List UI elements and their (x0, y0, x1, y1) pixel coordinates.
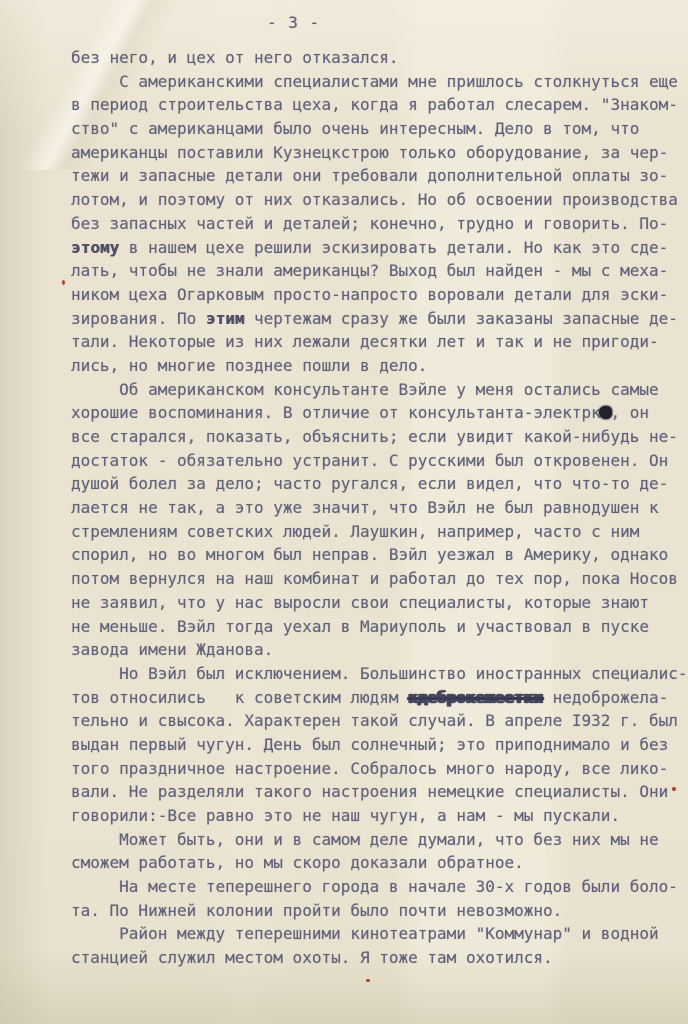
text-line: тельно и свысока. Характерен такой случа… (71, 709, 687, 733)
text-line: тов относились к советским людям кдеброк… (71, 686, 687, 710)
paragraph: Но Вэйл был исключением. Большинство ино… (71, 662, 687, 828)
text-line: без него, и цех от него отказался. (71, 46, 687, 70)
text-line: достаток - обязательно устранит. С русск… (71, 449, 687, 473)
text-line: потом вернулся на наш комбинат и работал… (71, 567, 687, 591)
text-line: лать, чтобы не знали американцы? Выход б… (71, 259, 687, 283)
text-line: Об американском консультанте Вэйле у мен… (71, 378, 687, 402)
text-line: На месте теперешнего города в начале 30-… (71, 875, 687, 899)
paragraph: без него, и цех от него отказался. (71, 46, 687, 70)
text-line: Может быть, они и в самом деле думали, ч… (71, 828, 687, 852)
text-line: лается не так, а это уже значит, что Вэй… (71, 496, 687, 520)
paper-speck (366, 979, 370, 982)
text-line: этому в нашем цехе решили эскизировать д… (71, 236, 687, 260)
paragraph: С американскими специалистами мне пришло… (71, 70, 687, 378)
text-line: американцы поставили Кузнецкстрою только… (71, 141, 687, 165)
text-line: завода имени Жданова. (71, 638, 687, 662)
overstruck-word: кдеброкежеетки (408, 688, 543, 707)
text-line: Но Вэйл был исключением. Большинство ино… (71, 662, 687, 686)
document-body: без него, и цех от него отказался. С аме… (71, 46, 687, 970)
text-line: душой болел за дело; часто ругался, если… (71, 472, 687, 496)
paragraph: Об американском консультанте Вэйле у мен… (71, 378, 687, 662)
text-line: все старался, показать, объяснить; если … (71, 425, 687, 449)
text-line: ником цеха Огарковым просто-напросто вор… (71, 283, 687, 307)
overtyped-text: этому (71, 238, 119, 257)
text-line: без запасных частей и деталей; конечно, … (71, 212, 687, 236)
scanned-page: - 3 - без него, и цех от него отказался.… (0, 0, 688, 1024)
text-line: хорошие воспоминания. В отличие от консу… (71, 401, 687, 425)
text-line: тежи и запасные детали они требовали доп… (71, 164, 687, 188)
text-line: лись, но многие позднее пошли в дело. (71, 354, 687, 378)
paragraph: На месте теперешнего города в начале 30-… (71, 875, 687, 922)
page-number: - 3 - (267, 13, 320, 32)
paper-speck (62, 280, 65, 285)
text-line: та. По Нижней колонии пройти было почти … (71, 899, 687, 923)
text-line: сможем работать, но мы скоро доказали об… (71, 851, 687, 875)
text-line: ство" с американцами было очень интересн… (71, 117, 687, 141)
ink-blot: а (601, 403, 611, 422)
paragraph: Может быть, они и в самом деле думали, ч… (71, 828, 687, 875)
text-line: вали. Не разделяли такого настроения нем… (71, 780, 687, 804)
text-line: выдан первый чугун. День был солнечный; … (71, 733, 687, 757)
text-line: стремлениям советских людей. Лаушкин, на… (71, 520, 687, 544)
paragraph: Район между теперешними кинотеатрами "Ко… (71, 922, 687, 969)
text-line: Район между теперешними кинотеатрами "Ко… (71, 922, 687, 946)
text-line: тали. Некоторые из них лежали десятки ле… (71, 330, 687, 354)
text-line: зирования. По этим чертежам сразу же был… (71, 307, 687, 331)
text-line: лотом, и поэтому от них отказались. Но о… (71, 188, 687, 212)
overtyped-text: этим (206, 309, 245, 328)
text-line: того праздничное настроение. Собралось м… (71, 757, 687, 781)
text-line: не меньше. Вэйл тогда уехал в Мариуполь … (71, 615, 687, 639)
text-line: спорил, но во многом был неправ. Вэйл уе… (71, 543, 687, 567)
text-line: С американскими специалистами мне пришло… (71, 70, 687, 94)
text-line: станцией служил местом охоты. Я тоже там… (71, 946, 687, 970)
text-line: не заявил, что у нас выросли свои специа… (71, 591, 687, 615)
text-line: в период строительства цеха, когда я раб… (71, 93, 687, 117)
text-line: говорили:-Все равно это не наш чугун, а … (71, 804, 687, 828)
